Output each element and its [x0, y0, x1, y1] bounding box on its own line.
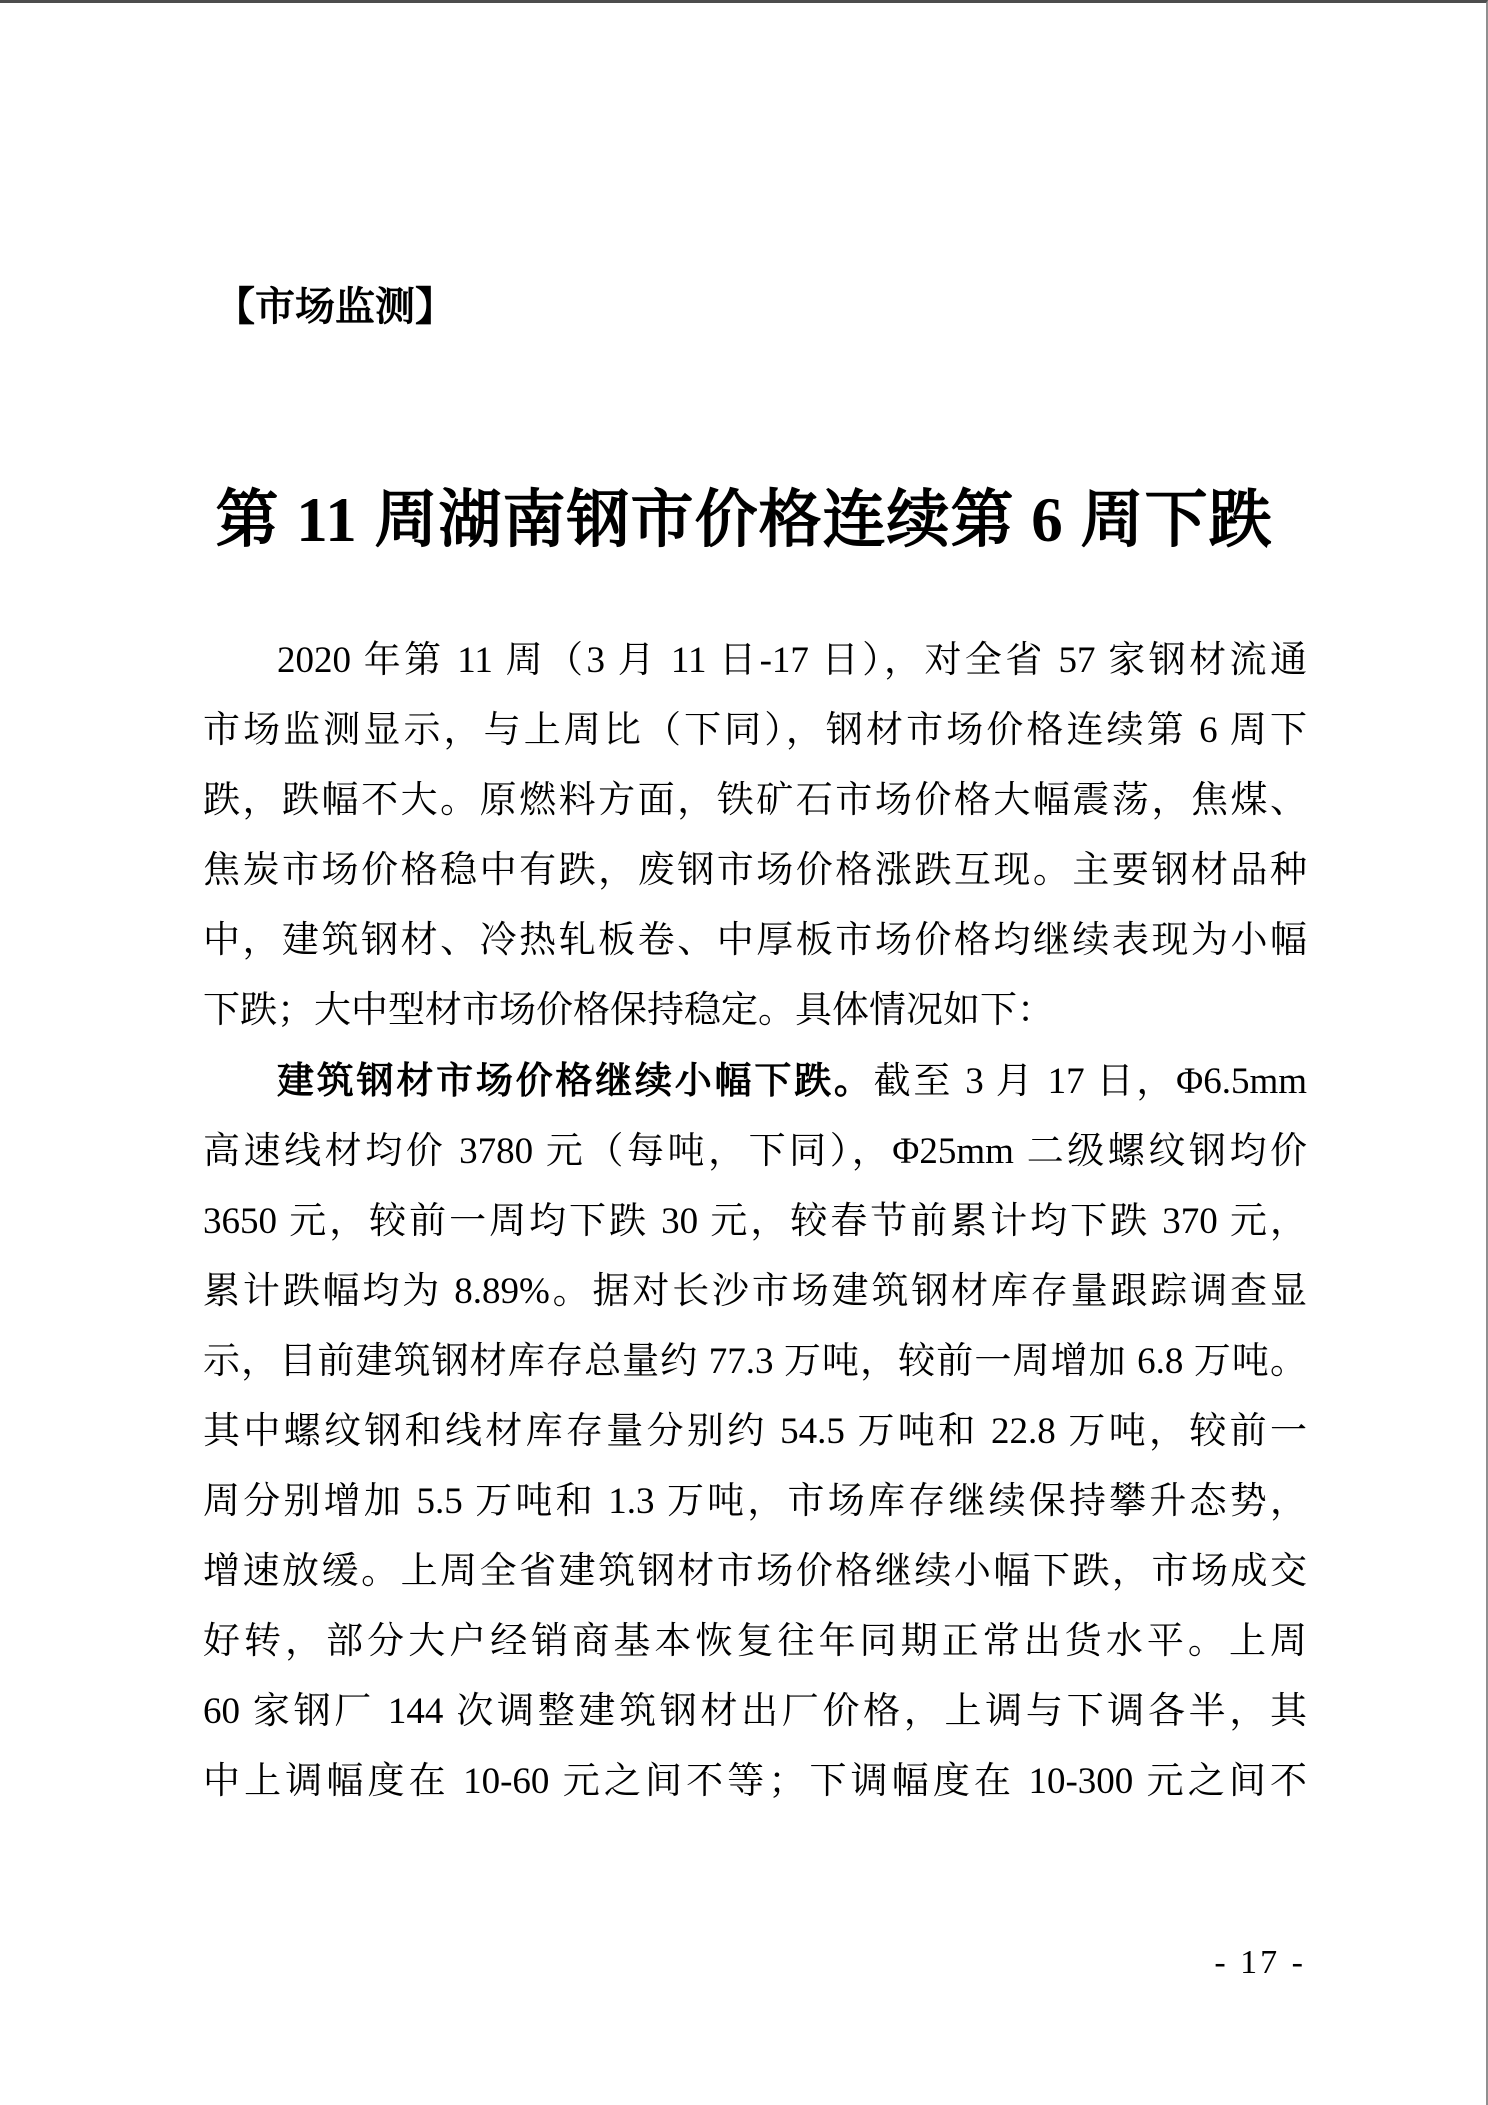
body-line-p2-l5: 示，目前建筑钢材库存总量约 77.3 万吨，较前一周增加 6.8 万吨。	[203, 1327, 1307, 1397]
body-line-p2-l4: 累计跌幅均为 8.89%。据对长沙市场建筑钢材库存量跟踪调查显	[203, 1257, 1307, 1327]
body-line-p2-l2: 高速线材均价 3780 元（每吨，下同），Φ25mm 二级螺纹钢均价	[203, 1117, 1307, 1187]
document-page: { "document": { "section_header": "【市场监测…	[0, 0, 1488, 2105]
body-line-p2-l9: 好转，部分大户经销商基本恢复往年同期正常出货水平。上周	[203, 1607, 1307, 1677]
article-title: 第 11 周湖南钢市价格连续第 6 周下跌	[0, 465, 1488, 575]
body-line-p1-l3: 跌，跌幅不大。原燃料方面，铁矿石市场价格大幅震荡，焦煤、	[203, 766, 1307, 836]
body-line-p2-l7: 周分别增加 5.5 万吨和 1.3 万吨，市场库存继续保持攀升态势，	[203, 1467, 1307, 1537]
body-line-p2-l3: 3650 元，较前一周均下跌 30 元，较春节前累计均下跌 370 元，	[203, 1187, 1307, 1257]
bold-lead-phrase: 建筑钢材市场价格继续小幅下跌。	[277, 1060, 874, 1101]
body-line-p2-l6: 其中螺纹钢和线材库存量分别约 54.5 万吨和 22.8 万吨，较前一	[203, 1397, 1307, 1467]
body-line-p1-l2: 市场监测显示，与上周比（下同），钢材市场价格连续第 6 周下	[203, 696, 1307, 766]
page-number: - 17 -	[1214, 1943, 1306, 1983]
body-line-p1-l4: 焦炭市场价格稳中有跌，废钢市场价格涨跌互现。主要钢材品种	[203, 836, 1307, 906]
body-line-p2-l11: 中上调幅度在 10-60 元之间不等；下调幅度在 10-300 元之间不	[203, 1747, 1307, 1817]
body-line-p2-l8: 增速放缓。上周全省建筑钢材市场价格继续小幅下跌，市场成交	[203, 1537, 1307, 1607]
article-body: 2020 年第 11 周（3 月 11 日-17 日），对全省 57 家钢材流通…	[203, 626, 1307, 1817]
section-header: 【市场监测】	[215, 285, 455, 329]
body-line-p1-l5: 中，建筑钢材、冷热轧板卷、中厚板市场价格均继续表现为小幅	[203, 906, 1307, 976]
body-line-p2-l10: 60 家钢厂 144 次调整建筑钢材出厂价格，上调与下调各半，其	[203, 1677, 1307, 1747]
body-line-p2-l1: 建筑钢材市场价格继续小幅下跌。截至 3 月 17 日，Φ6.5mm	[203, 1046, 1307, 1117]
body-line-p1-l6: 下跌；大中型材市场价格保持稳定。具体情况如下：	[203, 976, 1307, 1046]
body-line-p1-l1: 2020 年第 11 周（3 月 11 日-17 日），对全省 57 家钢材流通	[203, 626, 1307, 696]
